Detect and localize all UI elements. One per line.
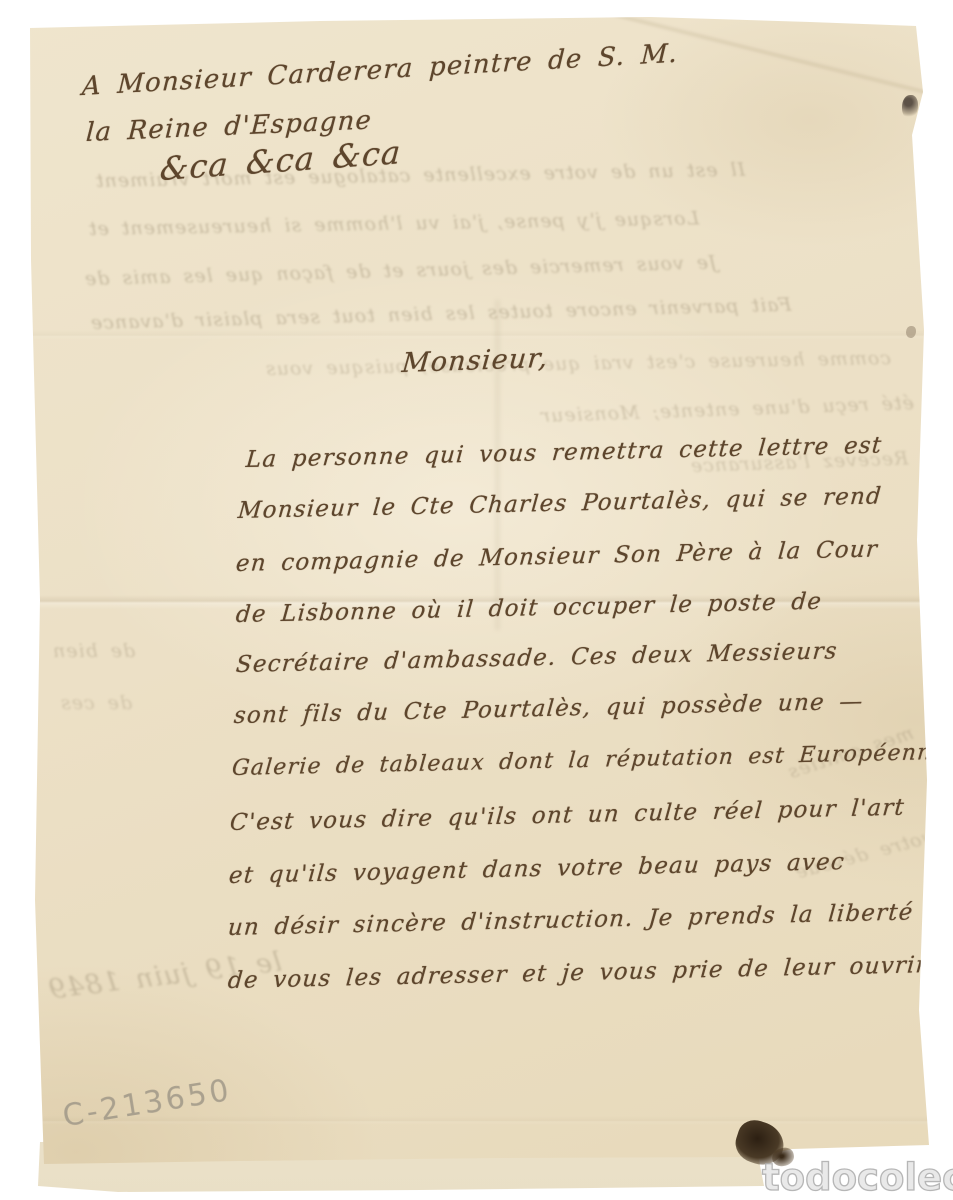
ink-bleedthrough-line: de ces bbox=[60, 692, 132, 714]
ink-bleedthrough-line: Je vous remercie des jours et de façon q… bbox=[84, 251, 717, 290]
letter-body-line: et qu'ils voyagent dans votre beau pays … bbox=[228, 849, 846, 889]
letter-body-line: Galerie de tableaux dont la réputation e… bbox=[231, 740, 953, 781]
letter-paper: Il est un de votre excellente catalogue … bbox=[0, 0, 953, 1200]
paper-speck bbox=[894, 13, 903, 24]
todocoleccion-watermark: todocoleccion bbox=[762, 1156, 953, 1199]
paper-speck bbox=[906, 326, 916, 338]
salutation: Monsieur, bbox=[401, 343, 550, 379]
ink-bleedthrough-line: Lorsque j'y pense, j'ai vu l'homme si he… bbox=[88, 207, 700, 240]
scan-background: { "scan": { "colors": { "background": "#… bbox=[0, 0, 953, 1200]
letter-body-line: un désir sincère d'instruction. Je prend… bbox=[227, 899, 915, 941]
letter-body-line: de Lisbonne où il doit occuper le poste … bbox=[235, 589, 823, 628]
ink-bleedthrough-line: Il doit été reçu d'une entente; Monsieur bbox=[540, 389, 953, 427]
letter-body-line: Secrétaire d'ambassade. Ces deux Messieu… bbox=[235, 638, 839, 678]
letter-body-line: de vous les adresser et je vous prie de … bbox=[227, 952, 929, 994]
letter-body-line: sont fils du Cte Pourtalès, qui possède … bbox=[233, 689, 865, 729]
letter-body-line: Monsieur le Cte Charles Pourtalès, qui s… bbox=[237, 483, 883, 524]
ink-bleedthrough-line: comme heureuse c'est vrai que précieuse,… bbox=[265, 347, 891, 380]
address-line-recipient: A Monsieur Carderera peintre de S. M. bbox=[81, 39, 679, 102]
ink-bleedthrough-line: de bien bbox=[52, 640, 135, 662]
letter-body-line: C'est vous dire qu'ils ont un culte réel… bbox=[229, 795, 906, 836]
ink-bleedthrough-line: Fait parvenir encore toutes les bien tou… bbox=[90, 294, 792, 334]
letter-body-line: en compagnie de Monsieur Son Père à la C… bbox=[235, 536, 879, 577]
paper-speck bbox=[902, 95, 918, 119]
